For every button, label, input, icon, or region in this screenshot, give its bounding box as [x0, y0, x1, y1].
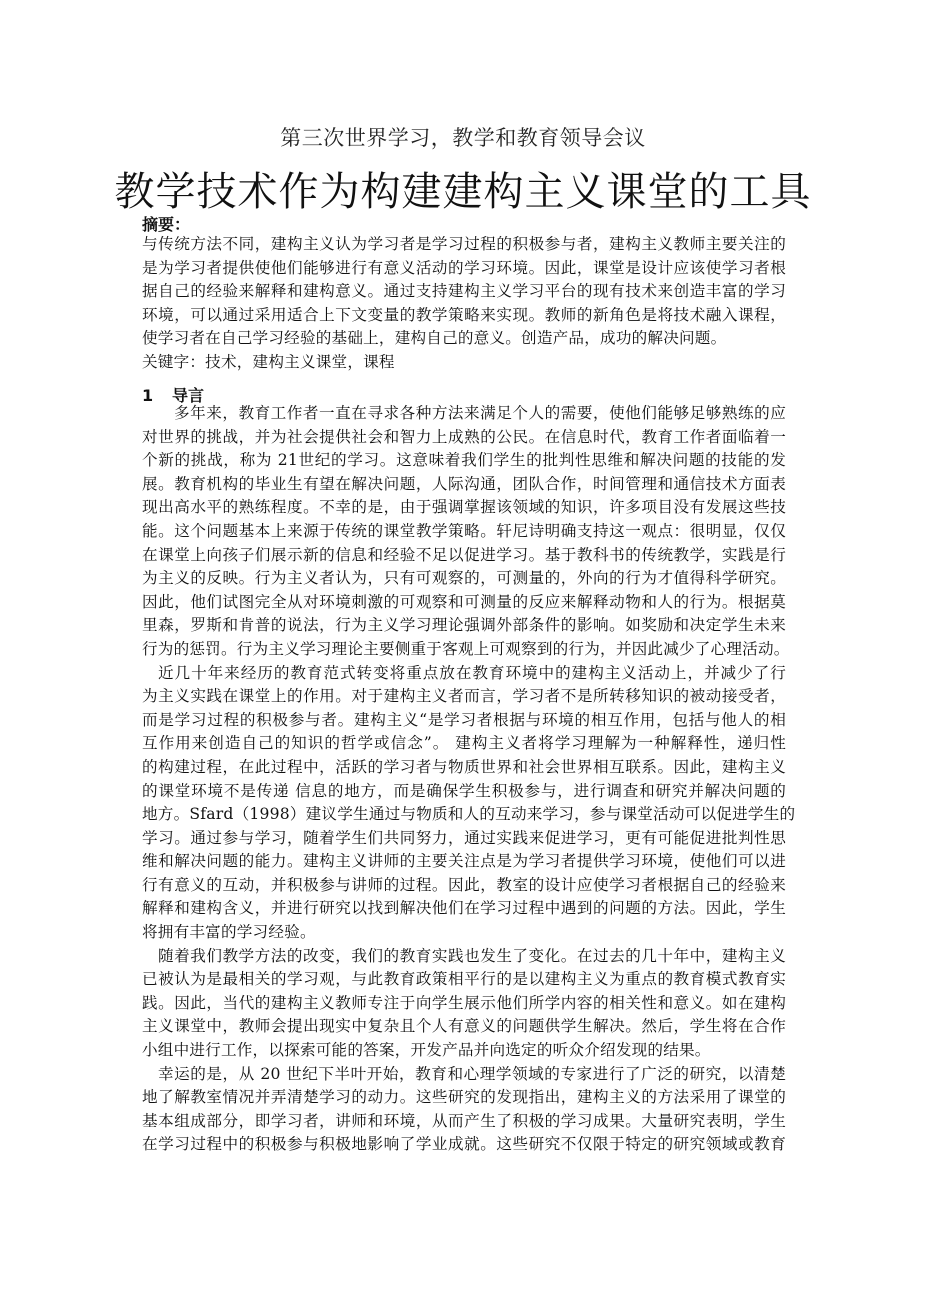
- paragraph-line: 解释和建构含义，并进行研究以找到解决他们在学习过程中遇到的问题的方法。因此，学生: [142, 897, 786, 921]
- paragraph-line: 已被认为是最相关的学习观，与此教育政策相平行的是以建构主义为重点的教育模式教育实: [142, 968, 786, 992]
- abstract-line: 是为学习者提供使他们能够进行有意义活动的学习环境。因此，课堂是设计应该使学习者根: [142, 257, 786, 281]
- paragraph-line: 现出高水平的熟练程度。不幸的是，由于强调掌握该领域的知识，许多项目没有发展这些技: [142, 496, 786, 520]
- document-page: 第三次世界学习，教学和教育领导会议 教学技术作为构建建构主义课堂的工具 摘要： …: [0, 0, 926, 1309]
- paragraph-line: 维和解决问题的能力。建构主义讲师的主要关注点是为学习者提供学习环境，使他们可以进: [142, 850, 786, 874]
- abstract-line: 使学习者在自己学习经验的基础上，建构自己的意义。创造产品，成功的解决问题。: [142, 327, 786, 351]
- paragraph-line: 基本组成部分，即学习者，讲师和环境，从而产生了积极的学习成果。大量研究表明，学生: [142, 1110, 786, 1134]
- paragraph: 随着我们教学方法的改变，我们的教育实践也发生了变化。在过去的几十年中，建构主义 …: [142, 945, 786, 1063]
- abstract-body: 与传统方法不同，建构主义认为学习者是学习过程的积极参与者，建构主义教师主要关注的…: [142, 233, 786, 375]
- paragraph-line: 在课堂上向孩子们展示新的信息和经验不足以促进学习。基于教科书的传统教学，实践是行: [142, 544, 786, 568]
- section-body: 多年来，教育工作者一直在寻求各种方法来满足个人的需要，使他们能够足够熟练的应 对…: [142, 402, 786, 1157]
- paragraph-line: 能。这个问题基本上来源于传统的课堂教学策略。轩尼诗明确支持这一观点：很明显，仅仅: [142, 520, 786, 544]
- paragraph-line: 行有意义的互动，并积极参与讲师的过程。因此，教室的设计应使学习者根据自己的经验来: [142, 874, 786, 898]
- paragraph-line: 展。教育机构的毕业生有望在解决问题，人际沟通，团队合作，时间管理和通信技术方面表: [142, 473, 786, 497]
- keywords: 关键字：技术，建构主义课堂，课程: [142, 351, 786, 375]
- paragraph-line: 地了解教室情况并弄清楚学习的动力。这些研究的发现指出，建构主义的方法采用了课堂的: [142, 1086, 786, 1110]
- paragraph-line: 里森，罗斯和肯普的说法，行为主义学习理论强调外部条件的影响。如奖励和决定学生未来: [142, 614, 786, 638]
- paragraph-line: 将拥有丰富的学习经验。: [142, 921, 786, 945]
- paragraph-line: 行为的惩罚。行为主义学习理论主要侧重于客观上可观察到的行为，并因此减少了心理活动…: [142, 638, 786, 662]
- paragraph-line: 多年来，教育工作者一直在寻求各种方法来满足个人的需要，使他们能够足够熟练的应: [142, 402, 786, 426]
- abstract-heading: 摘要：: [142, 212, 190, 235]
- abstract-line: 环境，可以通过采用适合上下文变量的教学策略来实现。教师的新角色是将技术融入课程，: [142, 304, 786, 328]
- paragraph-line: 而是学习过程的积极参与者。建构主义“是学习者根据与环境的相互作用，包括与他人的相: [142, 709, 786, 733]
- paragraph-line: 对世界的挑战，并为社会提供社会和智力上成熟的公民。在信息时代，教育工作者面临着一: [142, 426, 786, 450]
- paragraph: 多年来，教育工作者一直在寻求各种方法来满足个人的需要，使他们能够足够熟练的应 对…: [142, 402, 786, 662]
- paragraph-line: 为主义实践在课堂上的作用。对于建构主义者而言，学习者不是所转移知识的被动接受者，: [142, 685, 786, 709]
- paragraph-line: 随着我们教学方法的改变，我们的教育实践也发生了变化。在过去的几十年中，建构主义: [142, 945, 786, 969]
- paragraph-line: 践。因此，当代的建构主义教师专注于向学生展示他们所学内容的相关性和意义。如在建构: [142, 992, 786, 1016]
- paragraph-line: 的课堂环境不是传递 信息的地方，而是确保学生积极参与，进行调查和研究并解决问题的: [142, 780, 786, 804]
- paragraph-line: 因此，他们试图完全从对环境刺激的可观察和可测量的反应来解释动物和人的行为。根据莫: [142, 591, 786, 615]
- paragraph-line: 的构建过程，在此过程中，活跃的学习者与物质世界和社会世界相互联系。因此，建构主义: [142, 756, 786, 780]
- paragraph-line: 近几十年来经历的教育范式转变将重点放在教育环境中的建构主义活动上，并减少了行: [142, 662, 786, 686]
- paragraph-line: 主义课堂中，教师会提出现实中复杂且个人有意义的问题供学生解决。然后，学生将在合作: [142, 1015, 786, 1039]
- paragraph-line: 学习。通过参与学习，随着学生们共同努力，通过实践来促进学习，更有可能促进批判性思: [142, 827, 786, 851]
- abstract-line: 据自己的经验来解释和建构意义。通过支持建构主义学习平台的现有技术来创造丰富的学习: [142, 280, 786, 304]
- paragraph-line: 互作用来创造自己的知识的哲学或信念”。 建构主义者将学习理解为一种解释性，递归性: [142, 732, 786, 756]
- paragraph-line: 地方。Sfard（1998）建议学生通过与物质和人的互动来学习，参与课堂活动可以…: [142, 803, 786, 827]
- abstract-line: 与传统方法不同，建构主义认为学习者是学习过程的积极参与者，建构主义教师主要关注的: [142, 233, 786, 257]
- paragraph-line: 在学习过程中的积极参与积极地影响了学业成就。这些研究不仅限于特定的研究领域或教育: [142, 1133, 786, 1157]
- paragraph-line: 个新的挑战，称为 21世纪的学习。这意味着我们学生的批判性思维和解决问题的技能的…: [142, 449, 786, 473]
- paragraph: 近几十年来经历的教育范式转变将重点放在教育环境中的建构主义活动上，并减少了行 为…: [142, 662, 786, 945]
- paragraph: 幸运的是，从 20 世纪下半叶开始，教育和心理学领域的专家进行了广泛的研究，以清…: [142, 1063, 786, 1157]
- paragraph-line: 幸运的是，从 20 世纪下半叶开始，教育和心理学领域的专家进行了广泛的研究，以清…: [142, 1063, 786, 1087]
- paragraph-line: 小组中进行工作，以探索可能的答案，开发产品并向选定的听众介绍发现的结果。: [142, 1039, 786, 1063]
- conference-name: 第三次世界学习，教学和教育领导会议: [0, 122, 926, 152]
- paper-title: 教学技术作为构建建构主义课堂的工具: [0, 160, 926, 217]
- paragraph-line: 为主义的反映。行为主义者认为，只有可观察的，可测量的，外向的行为才值得科学研究。: [142, 567, 786, 591]
